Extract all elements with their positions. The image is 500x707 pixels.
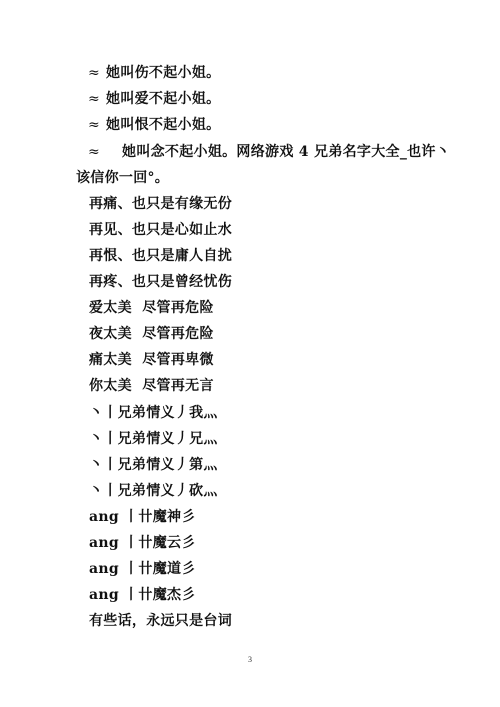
text-line: 爱太美 尽管再危险 [89, 299, 214, 317]
text-line: 再见、也只是心如止水 [89, 221, 232, 239]
text-line: ang 丨卄魔神彡 [89, 508, 196, 526]
text-line: ang 丨卄魔杰彡 [89, 586, 196, 604]
document-page: ≈她叫伤不起小姐。 ≈她叫爱不起小姐。 ≈她叫恨不起小姐。 ≈她叫念不起小姐。网… [0, 0, 500, 707]
text-line: 再痛、也只是有缘无份 [89, 195, 232, 213]
line-text: 她叫爱不起小姐。 [106, 91, 220, 107]
text-line: 有些话，永远只是台词 [89, 612, 232, 630]
text-line: ≈她叫恨不起小姐。 [88, 116, 220, 134]
text-line: ang 丨卄魔道彡 [89, 560, 196, 578]
text-line: 再恨、也只是庸人自扰 [89, 247, 232, 265]
text-line: 你太美 尽管再无言 [89, 377, 214, 395]
text-line: ≈她叫伤不起小姐。 [88, 64, 220, 82]
line-text: 她叫伤不起小姐。 [106, 65, 220, 81]
text-line: 该信你一回°。 [76, 169, 169, 187]
approx-symbol: ≈ [88, 116, 100, 134]
text-line: 夜太美 尽管再危险 [89, 325, 214, 343]
text-line: ≈她叫爱不起小姐。 [88, 90, 220, 108]
text-line: 丶丨兄弟情义丿兄灬 [89, 430, 218, 448]
approx-symbol: ≈ [88, 90, 100, 108]
approx-symbol: ≈ [88, 64, 100, 82]
text-line: 丶丨兄弟情义丿我灬 [89, 404, 218, 422]
text-line: 丶丨兄弟情义丿第灬 [89, 456, 218, 474]
text-line: ≈她叫念不起小姐。网络游戏 4 兄弟名字大全_也许丶 [88, 143, 450, 161]
text-line: 再疼、也只是曾经忧伤 [89, 273, 232, 291]
text-line: ang 丨卄魔云彡 [89, 534, 196, 552]
text-line: 痛太美 尽管再卑微 [89, 351, 214, 369]
text-line: 丶丨兄弟情义丿砍灬 [89, 482, 218, 500]
page-number: 3 [0, 655, 500, 664]
line-text: 她叫恨不起小姐。 [106, 117, 220, 133]
approx-symbol: ≈ [88, 143, 100, 161]
line-text: 她叫念不起小姐。网络游戏 4 兄弟名字大全_也许丶 [122, 144, 450, 160]
